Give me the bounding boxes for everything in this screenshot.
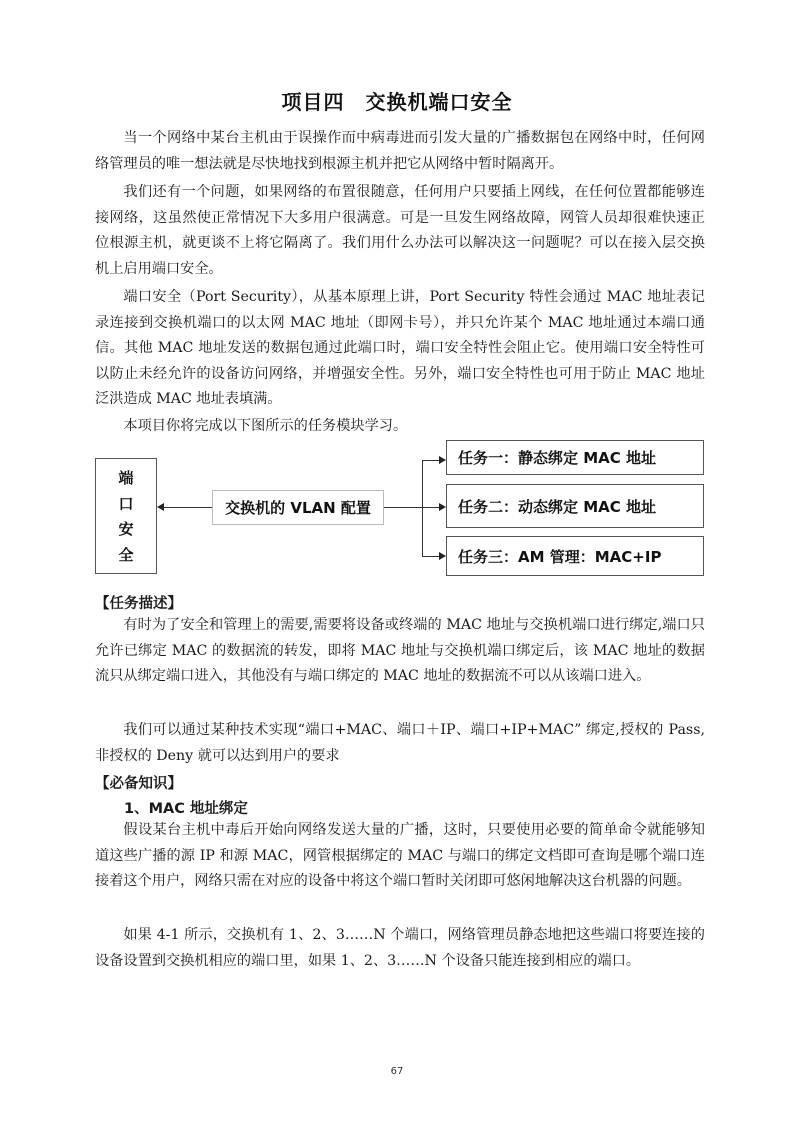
knowledge-paragraph-1: 假设某台主机中毒后开始向网络发送大量的广播，这时，只要使用必要的简单命令就能够知… bbox=[95, 818, 705, 895]
port-security-char: 安 bbox=[118, 518, 133, 539]
arrow-right-icon bbox=[439, 456, 446, 464]
arrow-left-icon bbox=[157, 503, 164, 511]
task-description-paragraph-2: 我们可以通过某种技术实现“端口+MAC、端口＋IP、端口+IP+MAC” 绑定,… bbox=[95, 718, 705, 769]
task-description-paragraph-1: 有时为了安全和管理上的需要,需要将设备或终端的 MAC 地址与交换机端口进行绑定… bbox=[95, 613, 705, 690]
connector-line bbox=[422, 460, 440, 461]
connector-line bbox=[163, 507, 212, 508]
knowledge-paragraph-2: 如果 4-1 所示，交换机有 1、2、3……N 个端口，网络管理员静态地把这些端… bbox=[95, 923, 705, 974]
intro-paragraph-1: 当一个网络中某台主机由于误操作而中病毒进而引发大量的广播数据包在网络中时，任何网… bbox=[95, 126, 705, 177]
subheading-mac-binding: 1、MAC 地址绑定 bbox=[124, 797, 248, 818]
port-security-box: 端 口 安 全 bbox=[95, 458, 157, 574]
connector-line bbox=[384, 507, 440, 508]
connector-line bbox=[422, 556, 440, 557]
section-heading-task-description: 【任务描述】 bbox=[95, 592, 182, 613]
task-box-3: 任务三：AM 管理：MAC+IP bbox=[446, 536, 704, 576]
port-security-char: 口 bbox=[118, 493, 133, 514]
port-security-char: 全 bbox=[118, 544, 133, 565]
connector-branch-line bbox=[422, 460, 423, 556]
page-title: 项目四 交换机端口安全 bbox=[0, 86, 794, 115]
task-box-2: 任务二：动态绑定 MAC 地址 bbox=[446, 484, 704, 528]
task-box-1: 任务一：静态绑定 MAC 地址 bbox=[446, 440, 704, 475]
intro-paragraph-2: 我们还有一个问题，如果网络的布置很随意，任何用户只要插上网线，在任何位置都能够连… bbox=[95, 180, 705, 282]
section-heading-knowledge: 【必备知识】 bbox=[95, 772, 182, 793]
vlan-config-box: 交换机的 VLAN 配置 bbox=[212, 490, 384, 525]
arrow-right-icon bbox=[439, 503, 446, 511]
intro-paragraph-4: 本项目你将完成以下图所示的任务模块学习。 bbox=[95, 414, 705, 440]
intro-paragraph-3: 端口安全（Port Security），从基本原理上讲，Port Securit… bbox=[95, 285, 705, 413]
port-security-char: 端 bbox=[118, 467, 133, 488]
page-number: 67 bbox=[0, 1066, 794, 1077]
arrow-right-icon bbox=[439, 552, 446, 560]
